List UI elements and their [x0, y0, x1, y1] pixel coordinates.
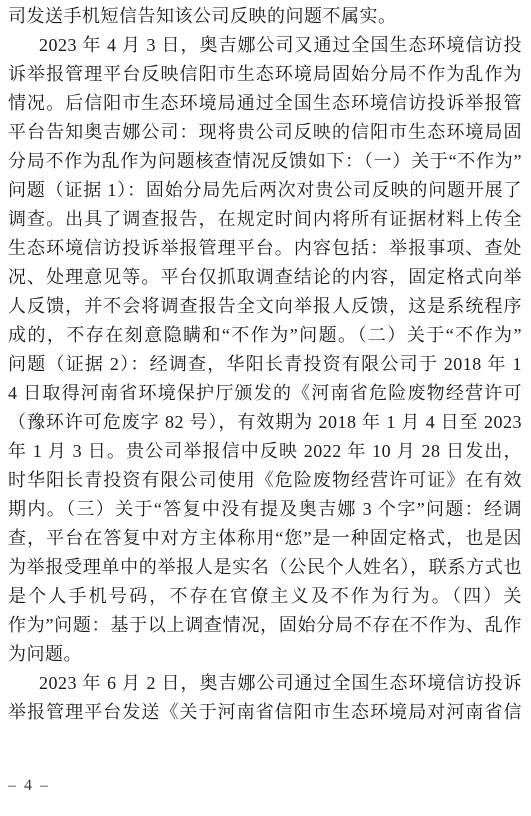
- text-line: 问题（证据 2）：经调查，华阳长青投资有限公司于 2018 年 1 月: [8, 350, 522, 379]
- text-line: 生态环境信访投诉举报管理平台。内容包括：举报事项、查处情: [8, 234, 522, 263]
- text-line: 为举报受理单中的举报人是实名（公民个人姓名），联系方式也: [8, 553, 522, 582]
- document-page: 司发送手机短信告知该公司反映的问题不属实。2023 年 4 月 3 日，奥吉娜公…: [0, 0, 531, 816]
- text-line: 问题（证据 1）：固始分局先后两次对贵公司反映的问题开展了: [8, 176, 522, 205]
- text-line: 时华阳长青投资有限公司使用《危险废物经营许可证》在有效期: [8, 466, 522, 495]
- document-body: 司发送手机短信告知该公司反映的问题不属实。2023 年 4 月 3 日，奥吉娜公…: [8, 2, 522, 727]
- text-line: 成的，不存在刻意隐瞒和“不作为”问题。（二）关于“不作为”: [8, 321, 522, 350]
- text-line: 2023 年 4 月 3 日，奥吉娜公司又通过全国生态环境信访投: [8, 31, 522, 60]
- text-line: 是个人手机号码，不存在官僚主义及不作为行为。（四）关于“乱: [8, 582, 522, 611]
- text-line: 作为”问题：基于以上调查情况，固始分局不存在不作为、乱作: [8, 611, 522, 640]
- text-line: 人反馈，并不会将调查报告全文向举报人反馈，这是系统程序造: [8, 292, 522, 321]
- text-line: （豫环许可危废字 82 号），有效期为 2018 年 1 月 4 日至 2023: [8, 408, 522, 437]
- text-line: 为问题。: [8, 640, 522, 669]
- page-number: – 4 –: [8, 776, 50, 796]
- text-line: 诉举报管理平台反映信阳市生态环境局固始分局不作为乱作为: [8, 60, 522, 89]
- text-line: 分局不作为乱作为问题核查情况反馈如下：（一）关于“不作为”: [8, 147, 522, 176]
- text-line: 查，平台在答复中对方主体称用“您”是一种固定格式，也是因: [8, 524, 522, 553]
- text-line: 4 日取得河南省环境保护厅颁发的《河南省危险废物经营许可证》: [8, 379, 522, 408]
- text-line: 调查。出具了调查报告，在规定时间内将所有证据材料上传全国: [8, 205, 522, 234]
- text-line: 期内。（三）关于“答复中没有提及奥吉娜 3 个字”问题：经调: [8, 495, 522, 524]
- text-line: 年 1 月 3 日。贵公司举报信中反映 2022 年 10 月 28 日发出，当: [8, 437, 522, 466]
- text-line: 举报管理平台发送《关于河南省信阳市生态环境局对河南省信阳: [8, 698, 522, 727]
- text-line: 平台告知奥吉娜公司：现将贵公司反映的信阳市生态环境局固始: [8, 118, 522, 147]
- text-line: 况、处理意见等。平台仅抓取调查结论的内容，固定格式向举报: [8, 263, 522, 292]
- text-line: 情况。后信阳市生态环境局通过全国生态环境信访投诉举报管理: [8, 89, 522, 118]
- text-line: 司发送手机短信告知该公司反映的问题不属实。: [8, 2, 522, 31]
- text-line: 2023 年 6 月 2 日，奥吉娜公司通过全国生态环境信访投诉: [8, 669, 522, 698]
